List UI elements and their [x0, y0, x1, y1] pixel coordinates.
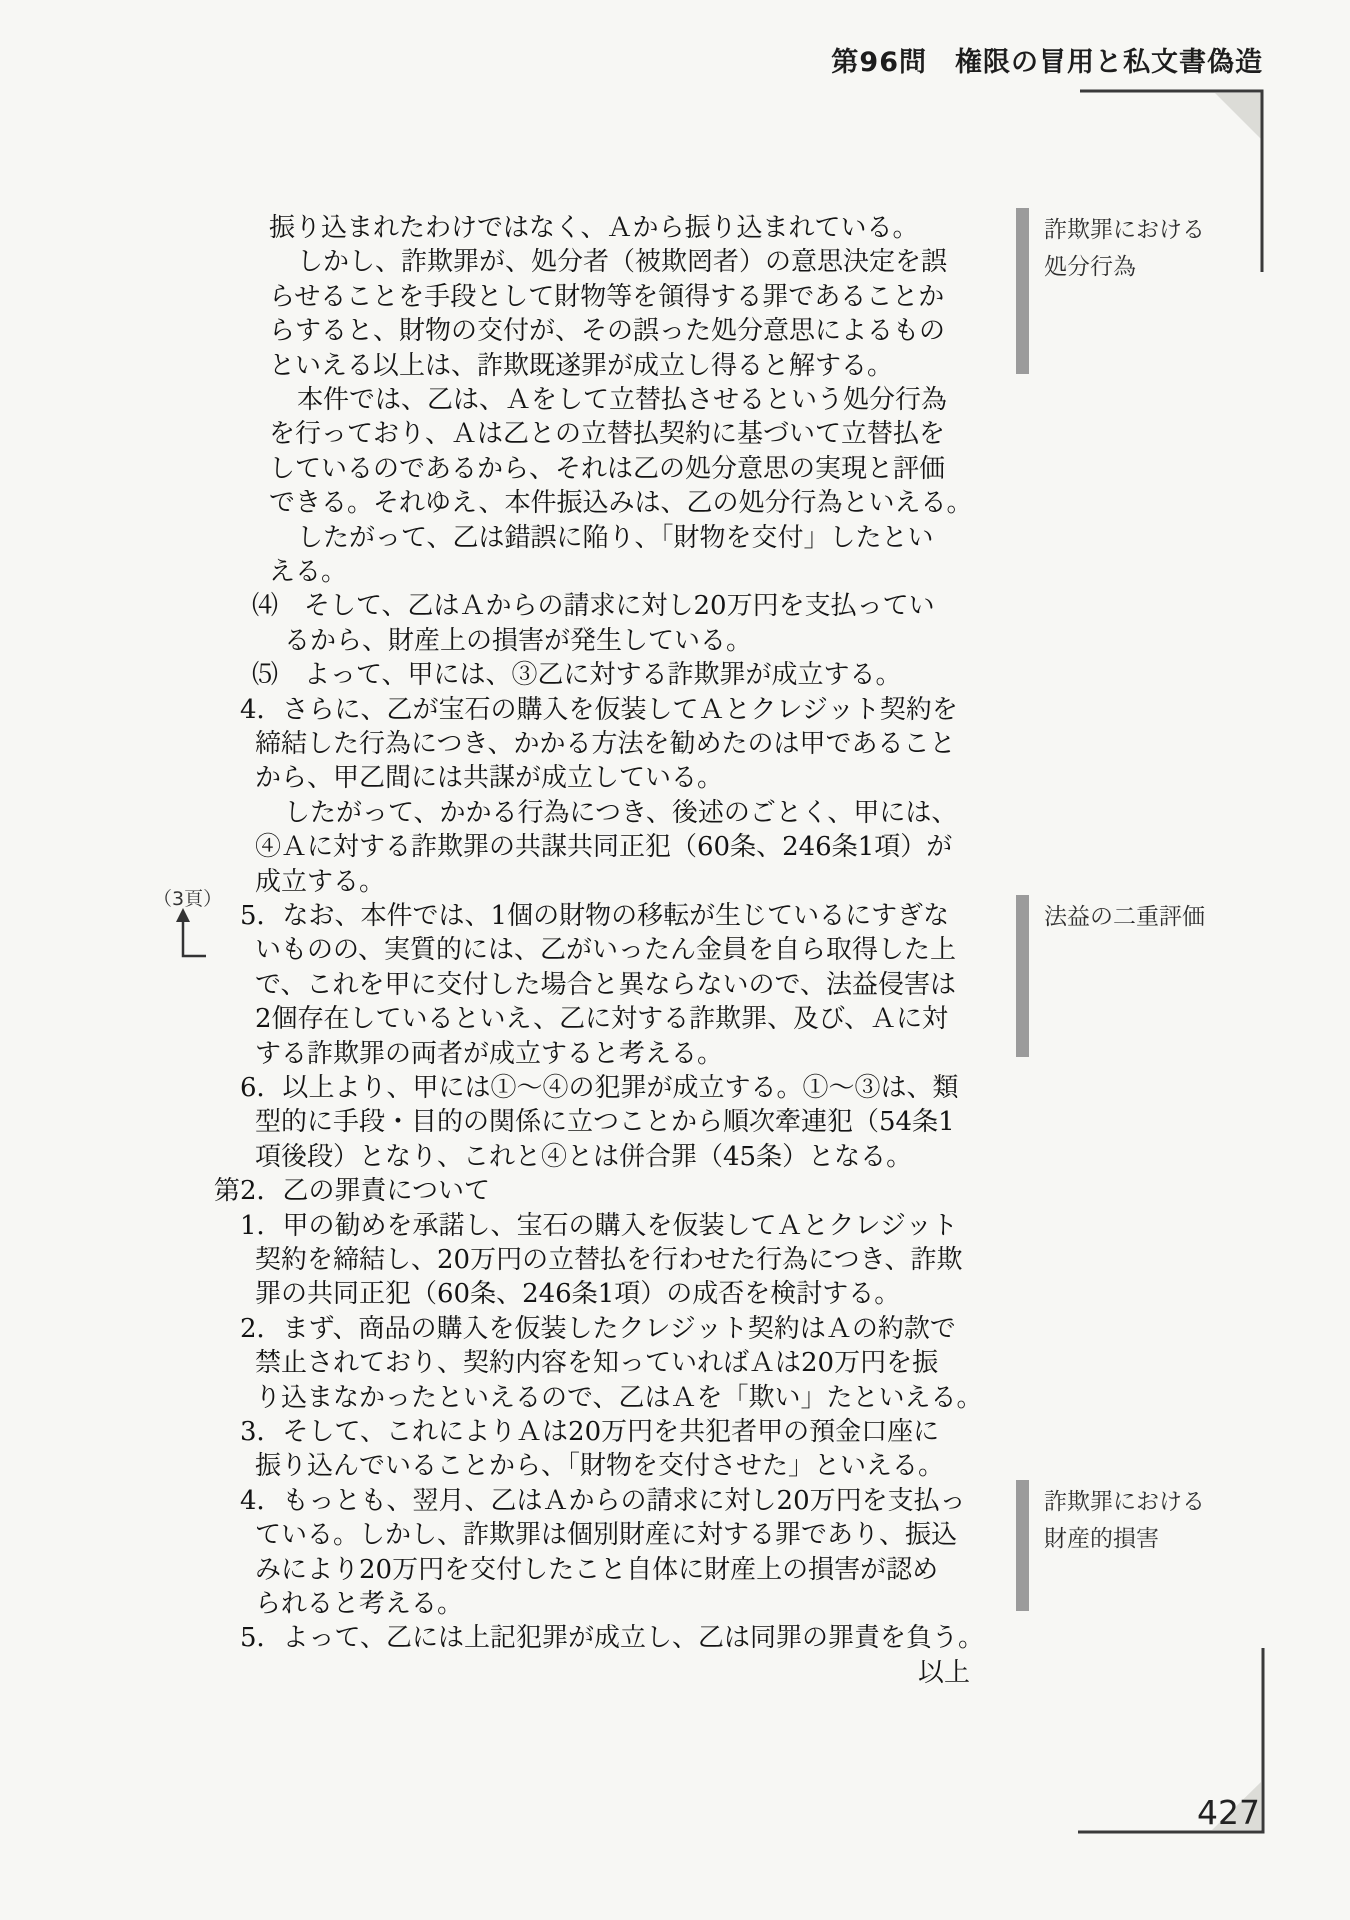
body-line: といえる以上は、詐欺既遂罪が成立し得ると解する。 — [269, 351, 893, 381]
body-line: 第2．乙の罪責について — [214, 1176, 490, 1206]
book-page: 第96問 権限の冒用と私文書偽造 427 （3頁） 振り込まれたわけではなく、Ａ… — [0, 0, 1350, 1920]
body-line: 本件では、乙は、Ａをして立替払させるという処分行為 — [297, 385, 947, 415]
margin-note-text: 詐欺罪における — [1044, 1484, 1205, 1521]
body-line: 振り込んでいることから、「財物を交付させた」といえる。 — [255, 1451, 944, 1481]
body-line: ている。しかし、詐欺罪は個別財産に対する罪であり、振込 — [255, 1520, 957, 1550]
body-line: したがって、乙は錯誤に陥り、「財物を交付」したとい — [297, 523, 933, 553]
body-line: しているのであるから、それは乙の処分意思の実現と評価 — [269, 454, 945, 484]
body-line: 4．さらに、乙が宝石の購入を仮装してＡとクレジット契約を — [240, 695, 958, 725]
body-line: るから、財産上の損害が発生している。 — [284, 626, 752, 656]
page-header-title: 第96問 権限の冒用と私文書偽造 — [831, 40, 1263, 79]
body-line: する詐欺罪の両者が成立すると考える。 — [255, 1039, 723, 1069]
body-line: で、これを甲に交付した場合と異ならないので、法益侵害は — [255, 970, 956, 1000]
body-line: しかし、詐欺罪が、処分者（被欺罔者）の意思決定を誤 — [297, 247, 947, 277]
body-line: 項後段）となり、これと④とは併合罪（45条）となる。 — [255, 1142, 912, 1172]
margin-note-bar — [1016, 895, 1029, 1057]
body-line: 型的に手段・目的の関係に立つことから順次牽連犯（54条1 — [255, 1107, 955, 1137]
body-line: 禁止されており、契約内容を知っていればＡは20万円を振 — [255, 1348, 938, 1378]
body-line: したがって、かかる行為につき、後述のごとく、甲には、 — [284, 798, 957, 828]
body-line: 成立する。 — [255, 867, 385, 897]
body-line: ④Ａに対する詐欺罪の共謀共同正犯（60条、246条1項）が — [255, 832, 952, 862]
body-line: 3．そして、これによりＡは20万円を共犯者甲の預金口座に — [240, 1417, 939, 1447]
margin-note-text: 法益の二重評価 — [1044, 899, 1205, 936]
margin-note-bar — [1016, 208, 1029, 374]
body-line: 以上 — [918, 1658, 970, 1688]
body-line: から、甲乙間には共謀が成立している。 — [255, 763, 723, 793]
body-line: られると考える。 — [255, 1589, 463, 1619]
body-line: り込まなかったといえるので、乙はＡを「欺い」たといえる。 — [255, 1383, 982, 1413]
margin-note-text: 詐欺罪における — [1044, 212, 1205, 249]
body-line: らすると、財物の交付が、その誤った処分意思によるもの — [269, 316, 945, 346]
body-line: ⑷ そして、乙はＡからの請求に対し20万円を支払ってい — [252, 591, 935, 621]
page-break-arrow-icon — [170, 906, 214, 964]
page-number: 427 — [1197, 1793, 1260, 1832]
margin-note-text: 財産的損害 — [1044, 1521, 1159, 1558]
body-line: を行っており、Ａは乙との立替払契約に基づいて立替払を — [269, 419, 945, 449]
body-line: 1．甲の勧めを承諾し、宝石の購入を仮装してＡとクレジット — [240, 1211, 958, 1241]
body-line: らせることを手段として財物等を領得する罪であることか — [269, 282, 944, 312]
body-line: いものの、実質的には、乙がいったん金員を自ら取得した上 — [255, 935, 956, 965]
body-line: 5．なお、本件では、1個の財物の移転が生じているにすぎな — [240, 901, 949, 931]
body-line: 4．もっとも、翌月、乙はＡからの請求に対し20万円を支払っ — [240, 1486, 966, 1516]
body-line: 罪の共同正犯（60条、246条1項）の成否を検討する。 — [255, 1279, 900, 1309]
margin-note-text: 処分行為 — [1044, 249, 1136, 286]
body-line: 2．まず、商品の購入を仮装したクレジット契約はＡの約款で — [240, 1314, 956, 1344]
body-line: 2個存在しているといえ、乙に対する詐欺罪、及び、Ａに対 — [255, 1004, 948, 1034]
body-line: 契約を締結し、20万円の立替払を行わせた行為につき、詐欺 — [255, 1245, 963, 1275]
body-line: ⑸ よって、甲には、③乙に対する詐欺罪が成立する。 — [252, 660, 901, 690]
body-line: 6．以上より、甲には①～④の犯罪が成立する。①～③は、類 — [240, 1073, 959, 1103]
body-line: 締結した行為につき、かかる方法を勧めたのは甲であること — [255, 729, 955, 759]
body-line: できる。それゆえ、本件振込みは、乙の処分行為といえる。 — [269, 488, 973, 518]
body-line: 5．よって、乙には上記犯罪が成立し、乙は同罪の罪責を負う。 — [240, 1623, 984, 1653]
body-line: 振り込まれたわけではなく、Ａから振り込まれている。 — [269, 213, 918, 243]
body-line: みにより20万円を交付したこと自体に財産上の損害が認め — [255, 1555, 938, 1585]
body-line: える。 — [269, 557, 347, 587]
margin-note-bar — [1016, 1480, 1029, 1611]
